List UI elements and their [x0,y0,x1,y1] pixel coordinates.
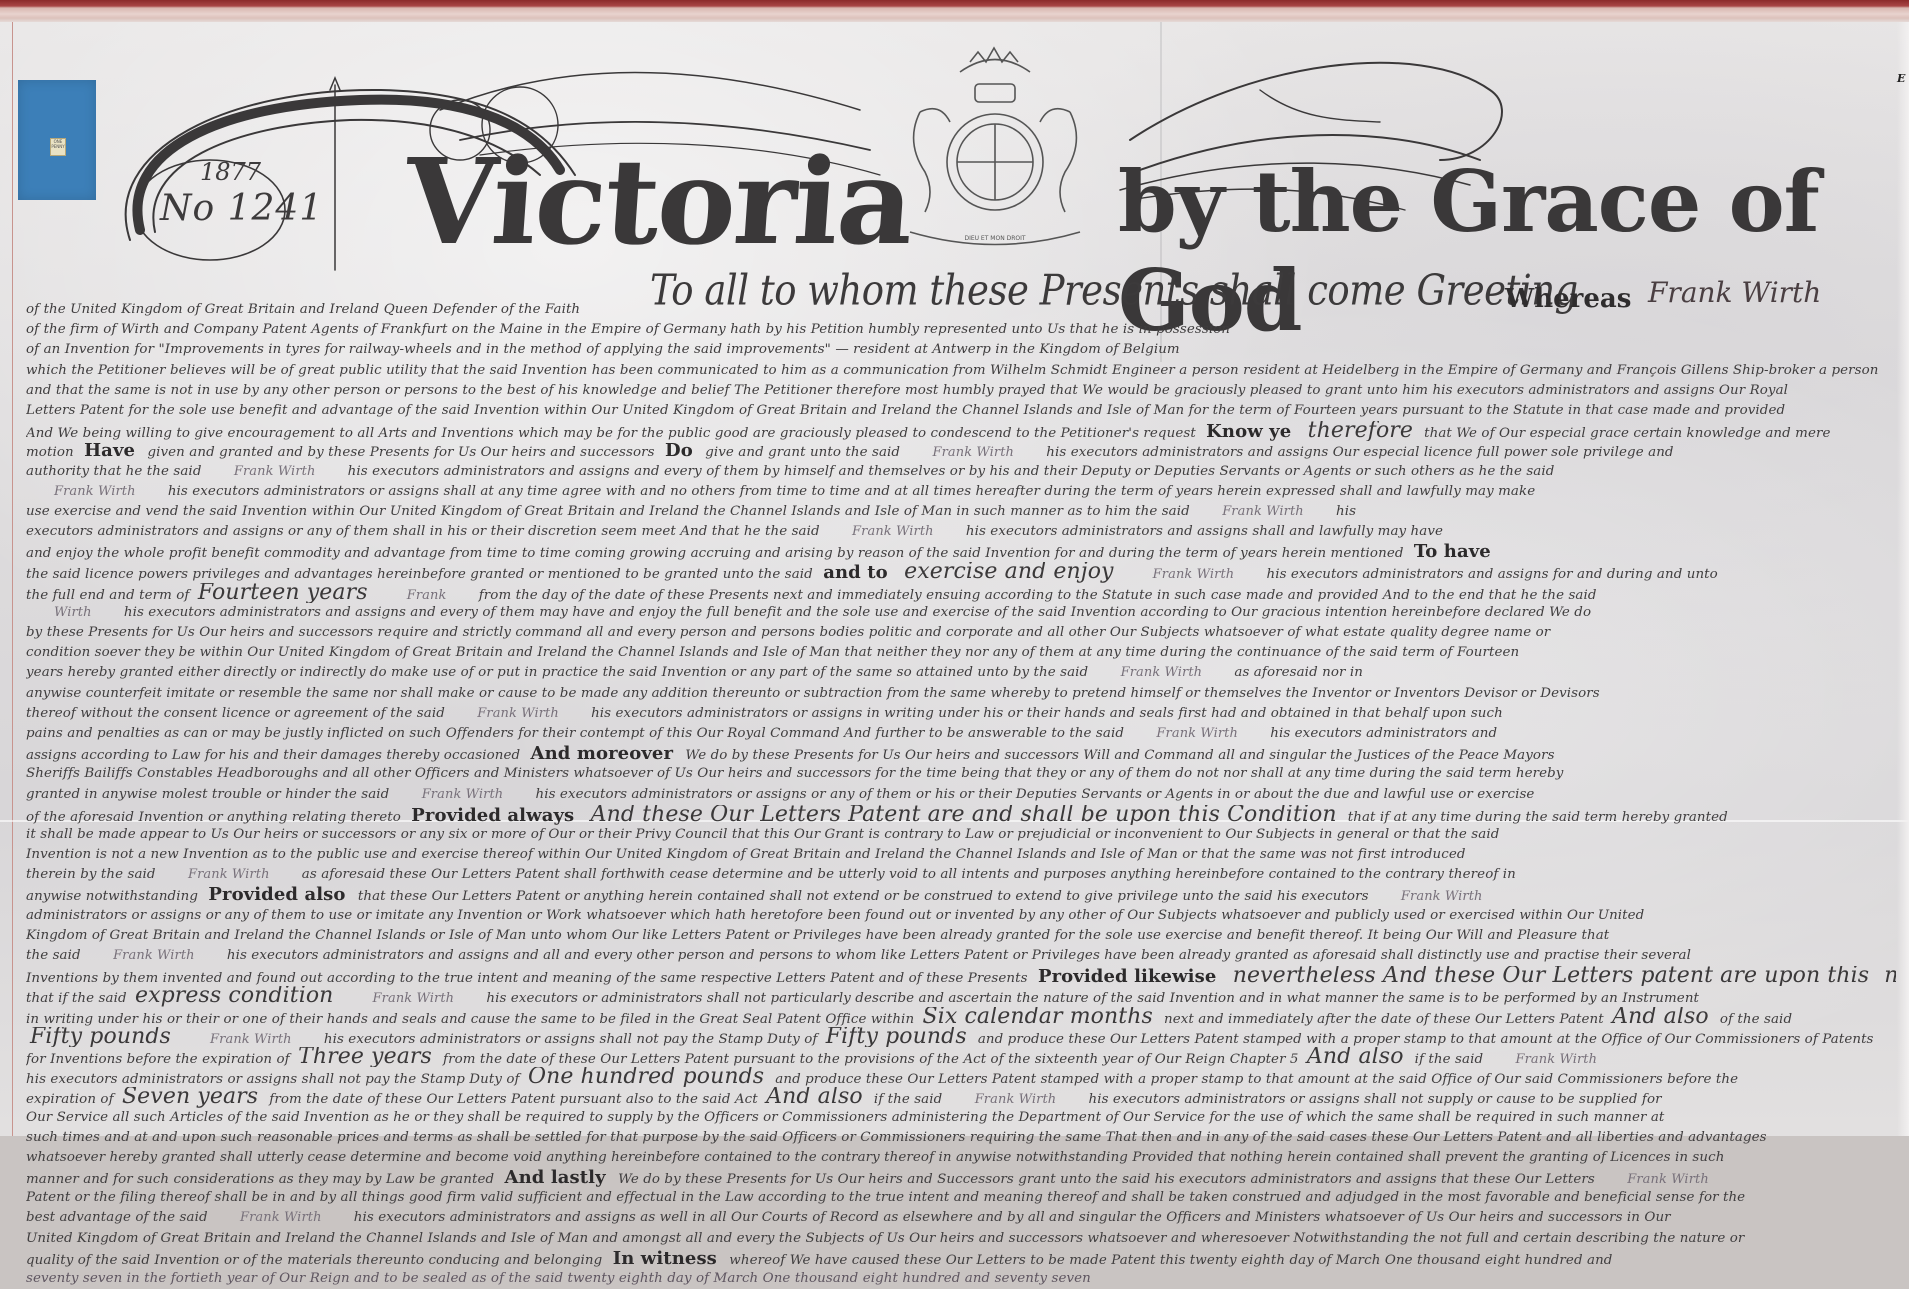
text-line: assigns according to Law for his and the… [26,744,1896,764]
text-line: years hereby granted either directly or … [26,663,1896,683]
text-line: Invention is not a new Invention as to t… [26,845,1896,865]
text-segment: and that the same is not in use by any o… [26,383,1788,398]
corner-mark: E [1897,72,1905,85]
engrossed-text: Fifty pounds [822,1027,978,1047]
text-segment: Letters Patent for the sole use benefit … [26,403,1785,418]
text-segment: his executors administrators or assigns … [536,787,1535,802]
text-segment: his executors administrators or assigns … [168,484,1535,499]
text-segment: his executors administrators or assigns … [26,1072,524,1087]
text-line: and that the same is not in use by any o… [26,381,1896,401]
text-segment: that these Our Letters Patent or anythin… [358,889,1277,904]
text-line: of an Invention for "Improvements in tyr… [26,340,1896,360]
text-line: of the aforesaid Invention or anything r… [26,805,1896,825]
text-segment: motion [26,445,78,460]
text-line: administrators or assigns or any of them… [26,906,1896,926]
petitioner-name: Frank Wirth [1373,889,1511,904]
text-segment: for Inventions before the expiration of [26,1052,294,1067]
engrossed-text: Seven years [118,1087,269,1107]
text-line: executors administrators and assigns or … [26,522,1896,542]
text-line: anywise notwithstanding Provided also th… [26,885,1896,905]
text-segment: use exercise and vend the said Invention… [26,504,1194,519]
patent-year: 1877 [200,158,261,186]
text-line: And We being willing to give encourageme… [26,421,1896,441]
text-segment: anywise counterfeit imitate or resemble … [26,686,1600,701]
text-line: for Inventions before the expiration of … [26,1047,1896,1067]
petitioner-name: Frank Wirth [182,1032,324,1047]
text-segment: his executors or administrators shall no… [486,991,1699,1006]
text-line: granted in anywise molest trouble or hin… [26,785,1896,805]
petitioner-name: Frank Wirth [1488,1052,1626,1067]
text-line: Wirth his executors administrators and a… [26,603,1896,623]
text-line: Kingdom of Great Britain and Ireland the… [26,926,1896,946]
text-line: it shall be made appear to Us Our heirs … [26,825,1896,845]
text-segment: his executors administrators and [1270,726,1497,741]
text-line: by these Presents for Us Our heirs and s… [26,623,1896,643]
engrossed-text: And also [762,1087,874,1107]
blackletter-keyword: and to [817,562,900,582]
text-segment: authority that he the said [26,464,206,479]
petitioner-name: Frank Wirth [1125,567,1267,582]
text-line: Our Service all such Articles of the sai… [26,1108,1896,1128]
text-segment: therein by the said [26,867,160,882]
text-segment: and produce these Our Letters Patent sta… [775,1072,1738,1087]
engrossed-text: exercise and enjoy [900,562,1125,582]
text-segment: the full end and term of [26,588,194,603]
petitioner-name: Frank Wirth [345,991,487,1006]
engrossed-text: nevertheless And these Our Letters paten… [1880,966,1896,986]
text-segment: which the Petitioner believes will be of… [26,363,1879,378]
text-segment: Our Service all such Articles of the sai… [26,1110,1664,1125]
text-line: of the firm of Wirth and Company Patent … [26,320,1896,340]
text-line: Letters Patent for the sole use benefit … [26,401,1896,421]
text-segment: give and grant unto the said [705,445,904,460]
text-segment: condition soever they be within Our Unit… [26,645,1519,660]
text-segment: his executors administrators and assigns… [124,605,1591,620]
text-segment: from the day of the date of these Presen… [479,588,1597,603]
engrossed-text: And these Our Letters Patent are and sha… [587,805,1348,825]
petitioner-name: Frank Wirth [449,706,591,721]
text-segment: pains and penalties as can or may be jus… [26,726,1128,741]
text-line: Sheriffs Bailiffs Constables Headborough… [26,764,1896,784]
text-line: which the Petitioner believes will be of… [26,361,1896,381]
blackletter-keyword: Provided likewise [1032,966,1229,986]
text-segment: years hereby granted either directly or … [26,665,1093,680]
text-segment: the said [26,948,85,963]
engrossed-text: express condition [131,986,345,1006]
text-segment: next and immediately after the date of t… [1164,1012,1608,1027]
engrossed-text: And also [1608,1007,1720,1027]
text-segment: his [1336,504,1356,519]
petitioner-name: Frank Wirth [1878,1032,1896,1047]
text-line: authority that he the said Frank Wirth h… [26,462,1896,482]
text-segment: expiration of [26,1092,118,1107]
text-segment: by these Presents for Us Our heirs and s… [26,625,1550,640]
text-segment: Kingdom of Great Britain and Ireland the… [26,928,1609,943]
text-segment: if the said [1415,1052,1488,1067]
engrossed-text: One hundred pounds [524,1067,775,1087]
text-segment: his executors administrators or assigns … [591,706,1503,721]
text-segment: his executors administrators and assigns… [1266,567,1717,582]
text-line: the full end and term of Fourteen years … [26,583,1896,603]
text-segment: that We of Our especial grace certain kn… [1424,426,1830,441]
engrossed-text: nevertheless And these Our Letters paten… [1229,966,1880,986]
petitioner-name: Frank Wirth [160,867,302,882]
text-segment: his executors administrators and assigns… [348,464,1555,479]
engrossed-text: Fifty pounds [26,1027,182,1047]
text-line: such times and at and upon such reasonab… [26,1128,1896,1136]
text-segment: his executors administrators or assigns … [324,1032,822,1047]
blue-wafer-seal: ONE PENNY [18,80,96,200]
petitioner-name: Wirth [26,605,124,620]
text-segment: of an Invention for "Improvements in tyr… [26,342,835,357]
text-line: condition soever they be within Our Unit… [26,643,1896,663]
petitioner-name: Frank Wirth [206,464,348,479]
text-line: therein by the said Frank Wirth as afore… [26,865,1896,885]
engrossed-text: Fourteen years [194,583,379,603]
text-segment: that if at any time during the said term… [1348,810,1728,825]
blackletter-keyword: Provided always [405,805,586,825]
petitioner-name: Frank Wirth [85,948,227,963]
text-segment: from the date of these Our Letters Paten… [443,1052,1303,1067]
text-segment: his executors administrators and assigns… [1046,445,1673,460]
text-line: in writing under his or their or one of … [26,1007,1896,1027]
text-segment: given and granted and by these Presents … [147,445,659,460]
text-segment: hath by his Petition humbly represented … [730,322,1230,337]
text-line: the said licence powers privileges and a… [26,562,1896,582]
text-segment: if the said [874,1092,947,1107]
patent-body-text: of the United Kingdom of Great Britain a… [26,300,1896,1136]
text-line: motion Have given and granted and by the… [26,441,1896,461]
text-line: and enjoy the whole profit benefit commo… [26,542,1896,562]
text-line: Frank Wirth his executors administrators… [26,482,1896,502]
engrossed-text: therefore [1304,421,1424,441]
text-segment: as aforesaid nor in [1234,665,1363,680]
text-line: his executors administrators or assigns … [26,1067,1896,1087]
petitioner-name: Frank Wirth [904,445,1046,460]
petitioner-name: Frank Wirth [1194,504,1336,519]
text-line: pains and penalties as can or may be jus… [26,724,1896,744]
title-victoria: Victoria [400,132,917,271]
engrossed-text: Six calendar months [919,1007,1164,1027]
text-line: Inventions by them invented and found ou… [26,966,1896,986]
engrossed-text: Three years [294,1047,443,1067]
text-segment: of the firm of Wirth and Company Patent … [26,322,730,337]
text-segment: We do by these Presents for Us Our heirs… [685,748,1554,763]
text-segment: his executors administrators and assigns… [966,524,1443,539]
royal-coat-of-arms-icon: DIEU ET MON DROIT [880,42,1110,262]
text-segment: Inventions by them invented and found ou… [26,971,1032,986]
text-segment: it shall be made appear to Us Our heirs … [26,827,1499,842]
blackletter-keyword: Have [78,441,147,461]
text-segment: granted in anywise molest trouble or hin… [26,787,394,802]
text-segment: And We being willing to give encourageme… [26,426,1200,441]
svg-text:DIEU ET MON DROIT: DIEU ET MON DROIT [964,235,1025,242]
blackletter-keyword: Know ye [1200,421,1303,441]
duty-stamp: ONE PENNY [50,138,66,156]
text-segment: that if the said [26,991,131,1006]
text-segment: executors administrators and assigns or … [26,524,824,539]
petitioner-name: Frank Wirth [1128,726,1270,741]
petitioner-name: Frank Wirth [947,1092,1089,1107]
blackletter-keyword: To have [1408,542,1497,562]
text-line: the said Frank Wirth his executors admin… [26,946,1896,966]
text-segment: Sheriffs Bailiffs Constables Headborough… [26,766,1563,781]
engrossed-text: And also [1303,1047,1415,1067]
petitioner-name: Frank Wirth [824,524,966,539]
text-line: use exercise and vend the said Invention… [26,502,1896,522]
text-segment: such times and at and upon such reasonab… [26,1130,1767,1136]
petitioner-name: Frank [379,588,479,603]
text-line: that if the said express condition Frank… [26,986,1896,1006]
text-segment: and enjoy the whole profit benefit commo… [26,546,1408,561]
text-segment: the said licence powers privileges and a… [26,567,817,582]
text-segment: of the said [1720,1012,1792,1027]
blackletter-keyword: Provided also [202,885,358,905]
text-segment: and produce these Our Letters Patent sta… [978,1032,1878,1047]
text-segment: administrators or assigns or any of them… [26,908,1644,923]
petitioner-name: Frank Wirth [1093,665,1235,680]
margin-rule [12,22,13,1136]
text-segment: of the aforesaid Invention or anything r… [26,810,405,825]
text-line: of the United Kingdom of Great Britain a… [26,300,1896,320]
text-segment: of the United Kingdom of Great Britain a… [26,302,580,317]
text-segment: his executors administrators and assigns… [227,948,1691,963]
text-line: thereof without the consent licence or a… [26,704,1896,724]
text-line: Fifty pounds Frank Wirth his executors a… [26,1027,1896,1047]
blackletter-keyword: And moreover [525,744,686,764]
blackletter-keyword: Do [659,441,705,461]
text-segment: Invention is not a new Invention as to t… [26,847,1466,862]
text-segment: assigns according to Law for his and the… [26,748,525,763]
patent-number: No 1241 [160,188,323,229]
text-segment: his executors administrators or assigns … [1089,1092,1662,1107]
text-segment: from the date of these Our Letters Paten… [269,1092,762,1107]
petitioner-name: Frank Wirth [394,787,536,802]
text-segment: as aforesaid these Our Letters Patent sh… [302,867,1516,882]
petitioner-name: Frank Wirth [26,484,168,499]
text-segment: thereof without the consent licence or a… [26,706,449,721]
text-segment: in writing under his or their or one of … [26,1012,919,1027]
text-line: anywise counterfeit imitate or resemble … [26,684,1896,704]
text-segment: anywise notwithstanding [26,889,202,904]
text-segment: — resident at Antwerp in the Kingdom of … [835,342,1179,357]
text-line: expiration of Seven years from the date … [26,1087,1896,1107]
text-segment: his executors [1277,889,1373,904]
